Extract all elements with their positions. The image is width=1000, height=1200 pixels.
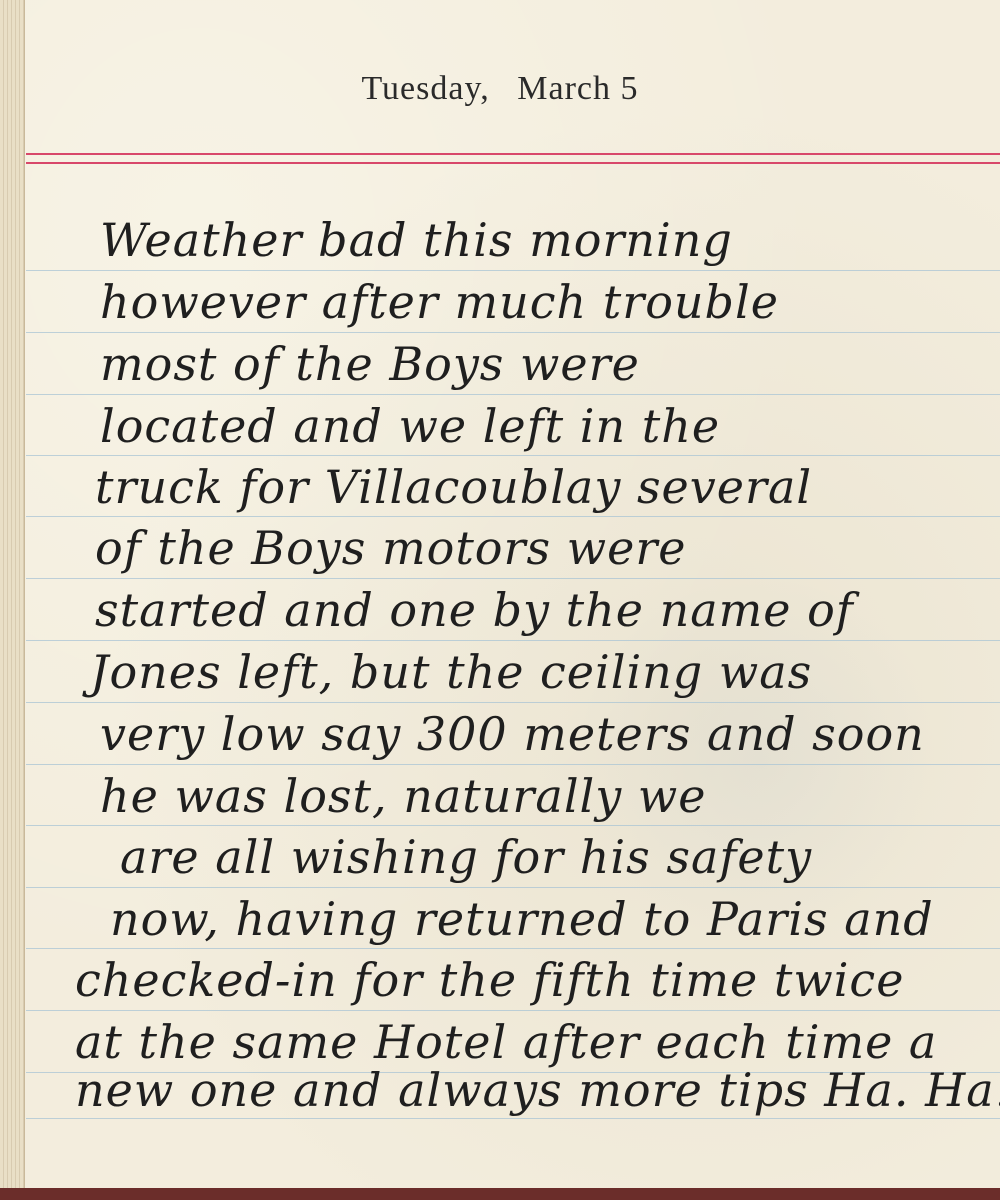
handwritten-line: very low say 300 meters and soon [100, 704, 990, 764]
page-edges [0, 0, 25, 1188]
ruled-line [26, 887, 1000, 888]
handwritten-line: Weather bad this morning [100, 210, 990, 270]
handwritten-line: checked-in for the fifth time twice [75, 950, 965, 1010]
handwritten-line: located and we left in the [100, 396, 990, 456]
ruled-line [26, 578, 1000, 579]
handwritten-line: Jones left, but the ceiling was [90, 642, 980, 702]
ruled-line [26, 332, 1000, 333]
handwritten-line: started and one by the name of [95, 580, 985, 640]
red-rule-top [26, 153, 1000, 155]
ruled-line [26, 1010, 1000, 1011]
page-header-date: Tuesday, March 5 [0, 70, 1000, 108]
handwritten-line: truck for Villacoublay several [95, 457, 985, 517]
ruled-line [26, 394, 1000, 395]
ruled-line [26, 640, 1000, 641]
handwritten-line: of the Boys motors were [95, 518, 985, 578]
diary-page: Tuesday, March 5 Weather bad this mornin… [0, 0, 1000, 1188]
header-day: Tuesday, [361, 70, 489, 107]
header-date: 5 [621, 70, 639, 107]
ruled-line [26, 270, 1000, 271]
red-rule-bottom [26, 162, 1000, 164]
handwritten-line: now, having returned to Paris and [110, 889, 1000, 949]
handwritten-line: are all wishing for his safety [120, 827, 1000, 887]
handwritten-line: new one and always more tips Ha. Ha. [75, 1060, 965, 1120]
ruled-line [26, 764, 1000, 765]
header-month: March [517, 70, 611, 107]
handwritten-line: he was lost, naturally we [100, 766, 990, 826]
handwritten-line: most of the Boys were [100, 334, 990, 394]
book-cover-edge [0, 1188, 1000, 1200]
handwritten-line: however after much trouble [100, 272, 990, 332]
ruled-line [26, 702, 1000, 703]
